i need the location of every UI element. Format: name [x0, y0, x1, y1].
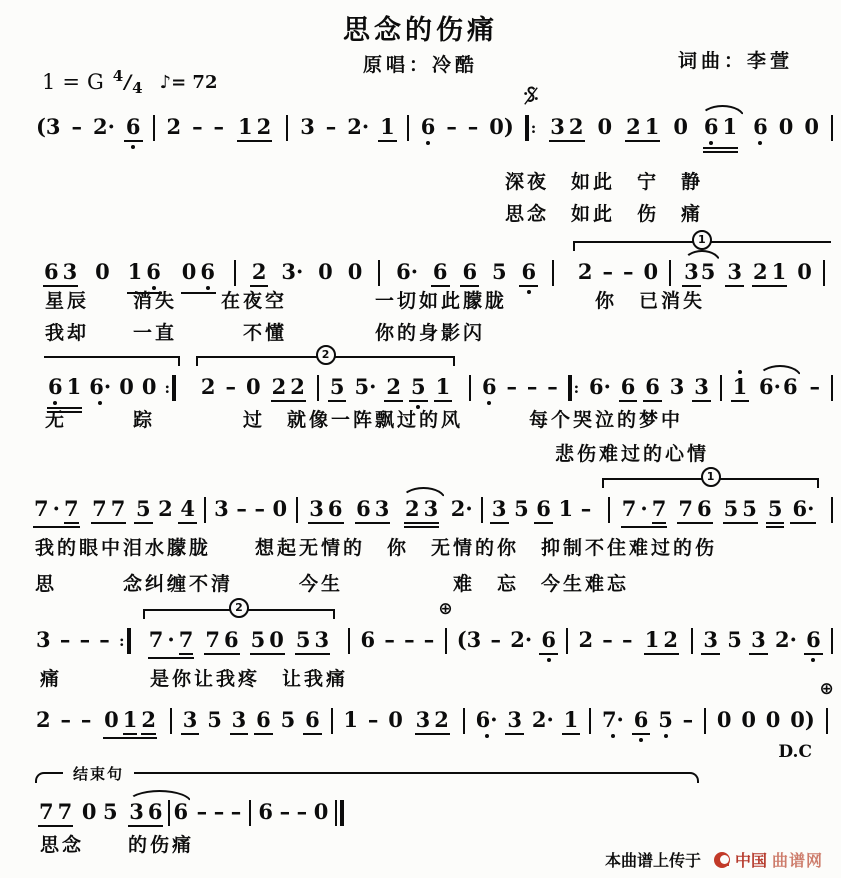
octave-dot-below [611, 734, 615, 738]
barline [830, 485, 834, 523]
bar-stroke [525, 115, 529, 141]
barline-thin [168, 800, 170, 826]
note: 0 [673, 103, 688, 138]
barline [335, 788, 344, 826]
note-digit: 6· [476, 708, 498, 731]
bar-stroke [378, 260, 380, 286]
barline-thin [566, 628, 568, 654]
note: 5 [281, 696, 296, 731]
note-digit: 5 [411, 375, 426, 398]
note-digit: 6 [482, 375, 497, 398]
barline: ⊕ [825, 696, 829, 734]
note-digit: 2 [257, 115, 272, 138]
tempo-marking: ♪= 72 [160, 72, 218, 93]
note-digit: 2 [434, 708, 449, 731]
music-line: (3–2·62––123–2·16––0):32021061600深夜 如此 宁… [35, 103, 835, 153]
lyrics-row: 悲伤难过的心情 [555, 439, 709, 466]
note-digit: 0) [489, 115, 514, 138]
notes-row: (3–2·62––123–2·16––0):32021061600 [35, 103, 835, 153]
note-digit: 1 [238, 115, 253, 138]
note: 7 [34, 485, 49, 520]
beam-underline [549, 140, 584, 142]
note: – [384, 616, 395, 651]
barline [830, 363, 834, 401]
note: 0 [182, 248, 197, 283]
lyrics-row: 痛 是你让我疼 让我痛 [40, 664, 348, 691]
ending-phrase-bracket: 结束句 [35, 772, 699, 783]
note-digit: 3 [424, 497, 439, 520]
note-digit: – [506, 375, 517, 398]
note-digit: 6 [361, 628, 376, 651]
barline-thin [589, 708, 591, 734]
beam-notes: 77 [90, 485, 127, 520]
beam-notes: 36 [307, 485, 344, 520]
note-digit: 0 [142, 375, 157, 398]
duration-underline [490, 522, 509, 524]
barline-thin [348, 628, 350, 654]
duration-underline [804, 653, 823, 655]
bar-stroke [566, 628, 568, 654]
beam-group: 21 [624, 103, 661, 142]
barline-thin [823, 260, 825, 286]
note: 2 [663, 616, 678, 651]
octave-dot-below [639, 738, 643, 742]
beam-group: 55 [722, 485, 759, 524]
duration-underline [619, 400, 638, 402]
note: – [602, 616, 613, 651]
note: 2 [578, 248, 593, 283]
note: 3 [232, 696, 247, 735]
lyrics-row: 思 念纠缠不清 今生 难 忘 今生难忘 [35, 569, 629, 596]
note: 0 [104, 696, 119, 731]
segno-icon [523, 86, 538, 106]
note: – [80, 616, 91, 651]
duration-underline [731, 400, 750, 402]
octave-dot-below [485, 734, 489, 738]
duration-underline [303, 733, 322, 735]
note-digit: 1 [67, 375, 82, 398]
note: 7 [205, 616, 220, 651]
beam-notes: 76 [203, 616, 240, 651]
barline [565, 616, 569, 654]
note: 1 [645, 103, 660, 138]
note: · [167, 616, 174, 651]
note-digit: 1 [733, 375, 748, 398]
beam-notes: 32 [414, 696, 451, 731]
note-digit: 6 [173, 800, 188, 823]
note-digit: 3 [183, 708, 198, 731]
note: 5 [514, 485, 529, 520]
note-digit: 2· [451, 497, 473, 520]
note: 3 [36, 616, 51, 651]
note-digit: 3 [232, 708, 247, 731]
barline [551, 248, 555, 286]
beam-underline [723, 522, 758, 524]
bar-stroke [348, 628, 350, 654]
note-digit: 5 [701, 260, 716, 283]
beam-underline [677, 522, 712, 524]
beam-notes: 7·7 [147, 616, 196, 655]
barline-thin [331, 708, 333, 734]
bar-stroke [826, 708, 828, 734]
note: 6 [645, 363, 660, 402]
note: – [280, 788, 291, 823]
note: 6 [361, 616, 376, 651]
note: – [603, 248, 614, 283]
octave-slot [462, 696, 466, 708]
duration-underline [652, 522, 667, 524]
note-digit: – [809, 375, 820, 398]
ending-bracket: 2–02255·2512 [196, 363, 455, 409]
barline-thin [831, 628, 833, 654]
note-digit: 5 [742, 497, 757, 520]
note-digit: 0 [119, 375, 134, 398]
note: 5 [136, 485, 151, 524]
tonic: 1 [42, 70, 55, 94]
barline: : [119, 616, 131, 654]
music-line: 630160623·006·66562––03532101星辰 消失 在夜空 一… [40, 248, 835, 294]
barline-thin [669, 260, 671, 286]
note: – [527, 363, 538, 398]
barline [377, 248, 381, 286]
note-digit: 0 [95, 260, 110, 283]
octave-slot [565, 616, 569, 628]
beam-underline [250, 653, 285, 655]
barline [588, 696, 592, 734]
lyrics-row: 我却 一直 不懂 你的身影闪 [45, 318, 485, 345]
bar-stroke [286, 115, 288, 141]
note: 2· [451, 485, 473, 520]
note-digit: 0 [82, 800, 97, 823]
octave-slot [588, 696, 592, 708]
note-digit: 1 [436, 375, 451, 398]
note-digit: 0 [673, 115, 688, 138]
barline-final [335, 800, 344, 826]
music-line: 616·00:2–02255·25126–––:6·663316·6–无 踪 过… [40, 363, 835, 413]
lyrics-row: 星辰 消失 在夜空 一切如此朦胧 你 已消失 [45, 286, 705, 313]
note-digit: 3· [281, 260, 303, 283]
note: 0 [82, 788, 97, 823]
note-digit: 7 [205, 628, 220, 651]
note: 3 [507, 696, 522, 735]
barline [480, 485, 484, 523]
note-digit: 7· [602, 708, 624, 731]
beam-notes: 77 [37, 788, 74, 823]
beam-underline [295, 653, 330, 655]
note: 0 [142, 363, 157, 398]
bar-stroke [831, 115, 833, 141]
note-digit: 5 [103, 800, 118, 823]
repeat-dots: : [119, 630, 125, 652]
note-digit: 0 [598, 115, 613, 138]
notes-row: 3–––:7·776505326–––⊕(3–2·62––123532·6 [35, 616, 835, 662]
note-digit: – [81, 708, 92, 731]
note: 1 [772, 248, 787, 283]
beam-notes: 32 [548, 103, 585, 138]
note: 5 [207, 696, 222, 731]
note-digit: 2 [252, 260, 267, 283]
octave-slot [406, 103, 410, 115]
barline-thin [234, 260, 236, 286]
note-digit: (3 [36, 115, 61, 138]
slur: 61 [698, 103, 743, 153]
bar-stroke [608, 497, 610, 523]
ending-number-label: 1 [692, 230, 712, 250]
duration-underline [790, 522, 816, 524]
note: – [424, 616, 435, 651]
note: 2· [510, 616, 532, 651]
key-signature-line: 1 = G 4/4 ♪= 72 [42, 70, 217, 94]
music-line: 2––0123536561–0326·32·17·65–0000)⊕D.C [35, 696, 830, 742]
note: 0 [314, 788, 329, 823]
beam-underline [38, 825, 73, 827]
beam-underline [404, 522, 439, 524]
duration-underline [179, 653, 194, 655]
beam-group: 76 [203, 616, 240, 655]
barline-thin [317, 375, 319, 401]
duration-underline [632, 733, 651, 735]
note-digit: – [326, 115, 337, 138]
music-line: 3–––:7·776505326–––⊕(3–2·62––123532·6痛 是… [35, 616, 835, 662]
bar-stroke [831, 375, 833, 401]
note: 2 [272, 363, 287, 398]
bar-stroke [704, 708, 706, 734]
bar-stroke [831, 628, 833, 654]
beam-underline [103, 737, 157, 739]
barline-thin [469, 375, 471, 401]
note: – [809, 363, 820, 398]
octave-slot [330, 696, 334, 708]
note-digit: 0 [717, 708, 732, 731]
duration-underline [766, 526, 785, 528]
note-digit: 0 [741, 708, 756, 731]
note: 0 [797, 248, 812, 283]
note-digit: 5 [296, 628, 311, 651]
note-digit: 7 [58, 800, 73, 823]
note: – [214, 103, 225, 138]
beam-notes: 63 [42, 248, 79, 283]
note: 6 [48, 363, 63, 405]
barline [703, 696, 707, 734]
duration-underline [539, 653, 558, 655]
note-digit: 7 [179, 628, 194, 651]
note-digit: 6 [645, 375, 660, 398]
note: 0 [119, 363, 134, 398]
note-digit: – [231, 800, 242, 823]
barline: : [164, 363, 176, 401]
note: – [446, 103, 457, 138]
note-digit: 6 [783, 375, 798, 398]
note: 7 [111, 485, 126, 520]
beam-underline [204, 653, 239, 655]
note-digit: 5 [281, 708, 296, 731]
note: 7 [622, 485, 637, 520]
bar-stroke [831, 497, 833, 523]
bar-stroke [552, 260, 554, 286]
note-digit: 3 [507, 708, 522, 731]
duration-underline [534, 522, 553, 524]
note-digit: 2 [141, 708, 156, 731]
octave-dot-below [426, 141, 430, 145]
octave-slot [203, 485, 207, 497]
duration-underline [505, 733, 524, 735]
note-digit: 0 [779, 115, 794, 138]
note: 0 [644, 248, 659, 283]
note: 5 [727, 616, 742, 651]
note-digit: 5 [724, 497, 739, 520]
note-digit: 6 [356, 497, 371, 520]
barline-thin [481, 497, 483, 523]
barline-thin [378, 260, 380, 286]
duration-underline [749, 653, 768, 655]
beam-underline [644, 653, 679, 655]
barline-thin [170, 708, 172, 734]
beam-group: 77 [37, 788, 74, 827]
barline-rs: : [525, 115, 537, 141]
ending-bracket: 2––03532101 [573, 248, 831, 287]
note-digit: – [72, 115, 83, 138]
note-digit: 0 [273, 497, 288, 520]
note: 0 [246, 363, 261, 398]
note-digit: – [80, 628, 91, 651]
slur: 366 [123, 788, 191, 827]
note-digit: 7 [678, 497, 693, 520]
note-digit: – [683, 708, 694, 731]
note: 5 [724, 485, 739, 520]
key-letter: G [87, 70, 104, 94]
barline-thin [296, 497, 298, 523]
beam-notes: 12 [643, 616, 680, 651]
note-digit: 3 [550, 115, 565, 138]
note: 5 [742, 485, 757, 520]
note-digit: – [622, 628, 633, 651]
note-digit: 7 [39, 800, 54, 823]
barline [285, 103, 289, 141]
note-digit: 0 [104, 708, 119, 731]
barline: ⊕ [444, 616, 448, 654]
bar-stroke [669, 260, 671, 286]
note: 6 [462, 248, 477, 287]
barline-thin [826, 708, 828, 734]
ending-bracket: 7·77650532 [143, 616, 335, 659]
note-digit: 6 [258, 800, 273, 823]
note-digit: 4 [180, 497, 195, 520]
octave-slot [248, 788, 252, 800]
note: 6 [753, 103, 768, 145]
note: 7 [92, 485, 107, 520]
note-digit: 6 [200, 260, 215, 283]
note: 6 [697, 485, 712, 520]
octave-slot [480, 485, 484, 497]
note: 3 [375, 485, 390, 520]
octave-slot [468, 363, 472, 375]
note: 6 [621, 363, 636, 402]
duration-underline [134, 522, 153, 524]
note: 0 [717, 696, 732, 731]
barline-thin [407, 115, 409, 141]
ending-number-label: 2 [316, 345, 336, 365]
bar-stroke [249, 800, 251, 826]
barline [330, 696, 334, 734]
note: 3 [314, 616, 329, 651]
barline [462, 696, 466, 734]
note-digit: – [603, 260, 614, 283]
note: – [506, 363, 517, 398]
bar-stroke [481, 497, 483, 523]
note: 6 [328, 485, 343, 520]
note-digit: – [368, 708, 379, 731]
bar-stroke [296, 497, 298, 523]
note: 6 [536, 485, 551, 524]
note: – [468, 103, 479, 138]
note: – [547, 363, 558, 398]
duration-underline [643, 400, 662, 402]
note: 1 [343, 696, 358, 731]
lyrics-row: 思念 如此 伤 痛 [505, 199, 703, 226]
barline [830, 103, 834, 141]
note-digit: 6 [44, 260, 59, 283]
ending-bracket: 7·7765556·1 [602, 485, 820, 528]
note: 1 [645, 616, 660, 651]
music-line: 7705366–––6––0思念 的伤痛结束句 [35, 788, 345, 827]
note-digit: – [197, 800, 208, 823]
beam-underline [308, 522, 343, 524]
beam-group: 32 [414, 696, 451, 735]
beam-notes: 61 [46, 363, 83, 405]
beam-notes: 012 [102, 696, 158, 735]
note: – [72, 103, 83, 138]
site-watermark: 本曲谱上传于 中国 曲谱网 [605, 848, 823, 871]
note: 0 [318, 248, 333, 283]
note-digit: 3 [416, 708, 431, 731]
note-digit: – [225, 375, 236, 398]
beam-underline [237, 140, 272, 142]
notes-row: 2––0123536561–0326·32·17·65–0000)⊕ [35, 696, 830, 742]
note-digit: 7 [92, 497, 107, 520]
music-line: 7·7775243––03663232·3561–7·7765556·1我的眼中… [30, 485, 835, 528]
note-digit: 6 [305, 708, 320, 731]
note-digit: 2 [290, 375, 305, 398]
beam-group: 7·7 [147, 616, 196, 659]
composer-credit: 词曲：李萱 [678, 46, 793, 73]
barline-thin [249, 800, 251, 826]
repeat-dots: : [574, 377, 580, 399]
note-digit: 5 [727, 628, 742, 651]
note: 6 [44, 248, 59, 283]
note: 3 [751, 616, 766, 655]
duration-underline [692, 400, 711, 402]
note-digit: 3 [36, 628, 51, 651]
duration-underline [701, 653, 720, 655]
note: 2 [257, 103, 272, 138]
note-digit: 6· [589, 375, 611, 398]
beam-notes: 21 [751, 248, 788, 283]
barline-thin [286, 115, 288, 141]
note: – [231, 788, 242, 823]
note: 1 [558, 485, 573, 520]
note-digit: – [623, 260, 634, 283]
note-digit: 0 [314, 800, 329, 823]
note-digit: 6 [421, 115, 436, 138]
note: 6 [634, 696, 649, 742]
note: – [225, 363, 236, 398]
note-digit: 3 [63, 260, 78, 283]
note: 7 [39, 788, 54, 823]
note-digit: 1 [772, 260, 787, 283]
note-digit: 0 [269, 628, 284, 651]
note: 2· [532, 696, 554, 731]
note-digit: – [424, 628, 435, 651]
